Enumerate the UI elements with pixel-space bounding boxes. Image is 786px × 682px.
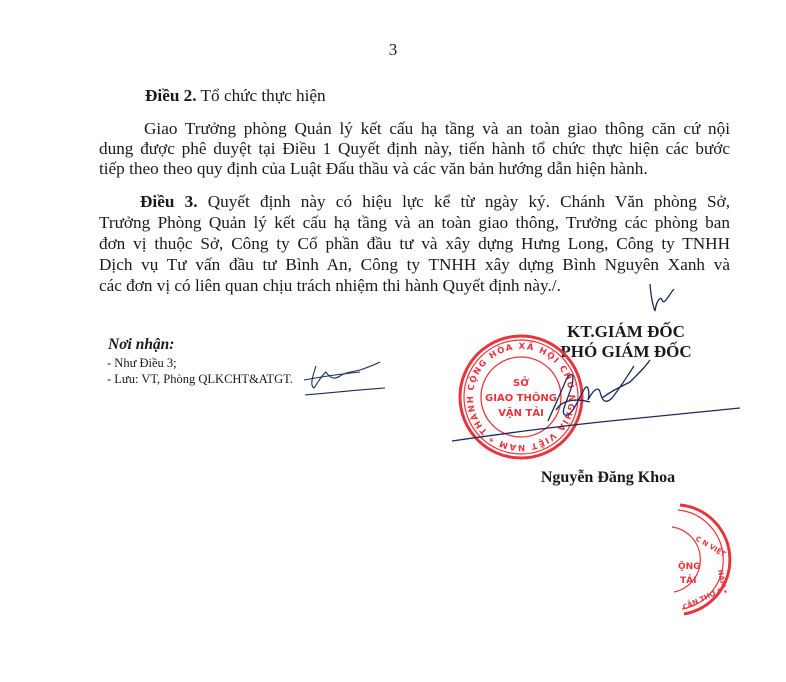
article-3-line-4: Dịch vụ Tư vấn đầu tư Bình An, Công ty T… bbox=[99, 255, 730, 276]
signature-title-deputy: PHÓ GIÁM ĐỐC bbox=[526, 342, 726, 362]
recipients-title: Nơi nhận: bbox=[108, 336, 174, 354]
page-number: 3 bbox=[0, 40, 786, 60]
stamp-center-line-2: GIAO THÔNG bbox=[485, 391, 557, 404]
signer-name: Nguyễn Đăng Khoa bbox=[498, 469, 718, 487]
article-2-line-1: Giao Trưởng phòng Quản lý kết cấu hạ tần… bbox=[144, 119, 730, 140]
stamp-center-line-3: VẬN TẢI bbox=[498, 405, 544, 419]
signature-title-director: KT.GIÁM ĐỐC bbox=[526, 322, 726, 342]
article-3-line-5: các đơn vị có liên quan chịu trách nhiệm… bbox=[99, 276, 561, 297]
article-3-line-2: Trưởng Phòng Quản lý kết cấu hạ tầng và … bbox=[99, 213, 730, 234]
initials-mark bbox=[650, 284, 674, 311]
recipient-initials bbox=[304, 362, 385, 395]
svg-text:C N VIỆT: C N VIỆT bbox=[694, 534, 728, 559]
article-2-line-3: tiếp theo theo quy định của Luật Đấu thầ… bbox=[99, 159, 648, 180]
article-3-line-1: Điều 3. Quyết định này có hiệu lực kể từ… bbox=[140, 192, 730, 213]
article-2-title: Tổ chức thực hiện bbox=[197, 86, 326, 105]
partial-stamp-text-2: TẢI bbox=[680, 574, 696, 586]
partial-stamp-text-1: ỘNG bbox=[678, 561, 701, 572]
stamp-center-line-1: SỞ bbox=[513, 375, 529, 389]
article-3-label: Điều 3. bbox=[140, 192, 198, 211]
svg-text:CẦN THƠ *: CẦN THƠ * bbox=[681, 585, 723, 612]
article-2-heading: Điều 2. Tổ chức thực hiện bbox=[145, 86, 326, 107]
article-2-label: Điều 2. bbox=[145, 86, 197, 105]
article-3-line-3: đơn vị thuộc Sở, Công ty Cổ phần đầu tư … bbox=[99, 234, 730, 255]
recipient-item: - Như Điều 3; bbox=[107, 356, 177, 371]
recipient-item: - Lưu: VT, Phòng QLKCHT&ATGT. bbox=[107, 372, 293, 387]
svg-text:NAM *: NAM * bbox=[716, 569, 728, 595]
handwritten-signature bbox=[452, 360, 740, 441]
article-2-line-2: dung được phê duyệt tại Điều 1 Quyết địn… bbox=[99, 139, 730, 160]
partial-stamp: ỘNG TẢI C N VIỆT NAM * CẦN THƠ * bbox=[672, 505, 730, 614]
